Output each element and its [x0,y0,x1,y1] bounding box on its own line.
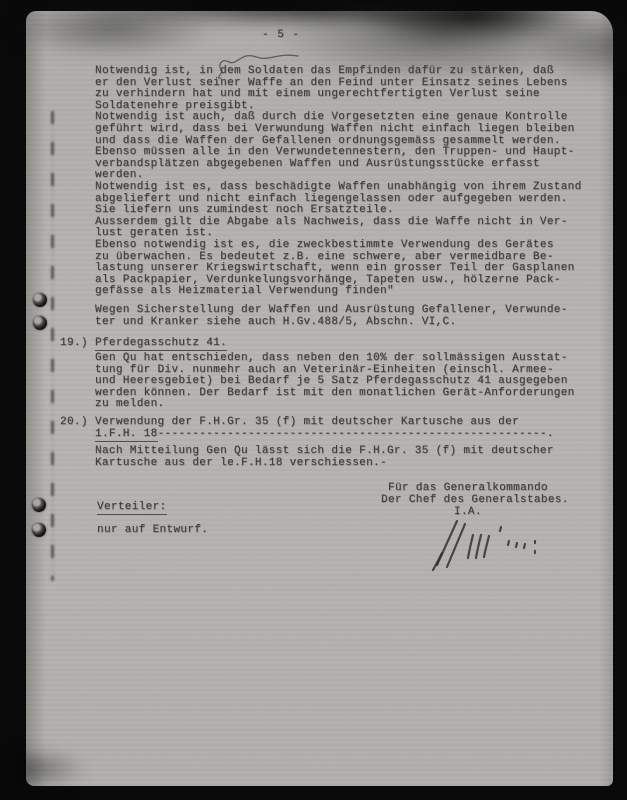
page-number: - 5 - [262,30,300,42]
signature-handwritten [425,511,565,573]
item-19-number: 19.) [60,338,88,350]
distribution-label: Verteiler: [97,502,167,515]
item-20-title-text: 1.F.H. 18 [95,428,158,442]
punch-hole-2 [33,316,47,330]
signature-line-1: Für das Generalkommando [388,483,548,495]
item-20-underline-dashes: ----------------------------------------… [158,428,554,440]
punch-hole-3 [32,498,46,512]
signature-line-2: Der Chef des Generalstabes. [381,495,569,507]
item-20-number: 20.) [60,417,88,429]
underlying-page-edge [51,111,54,581]
document-page: - 5 - Notwendig ist, in dem Soldaten das… [26,11,613,786]
item-19-body: Gen Qu hat entschieden, dass neben den 1… [95,353,575,411]
distribution-note: nur auf Entwurf. [97,525,208,537]
item-20-title-line2: 1.F.H. 18-------------------------------… [95,429,554,441]
body-text-reference-note: Wegen Sicherstellung der Waffen und Ausr… [95,305,568,328]
item-20-body: Nach Mitteilung Gen Qu lässt sich die F.… [95,446,554,469]
item-20-title-line1: Verwendung der F.H.Gr. 35 (f) mit deutsc… [95,417,519,429]
photo-background: - 5 - Notwendig ist, in dem Soldaten das… [0,0,627,800]
punch-hole-4 [32,523,46,537]
body-text-weapons-discipline: Notwendig ist, in dem Soldaten das Empfi… [95,66,582,298]
punch-hole-1 [33,293,47,307]
item-19-title: Pferdegasschutz 41. [95,338,227,351]
